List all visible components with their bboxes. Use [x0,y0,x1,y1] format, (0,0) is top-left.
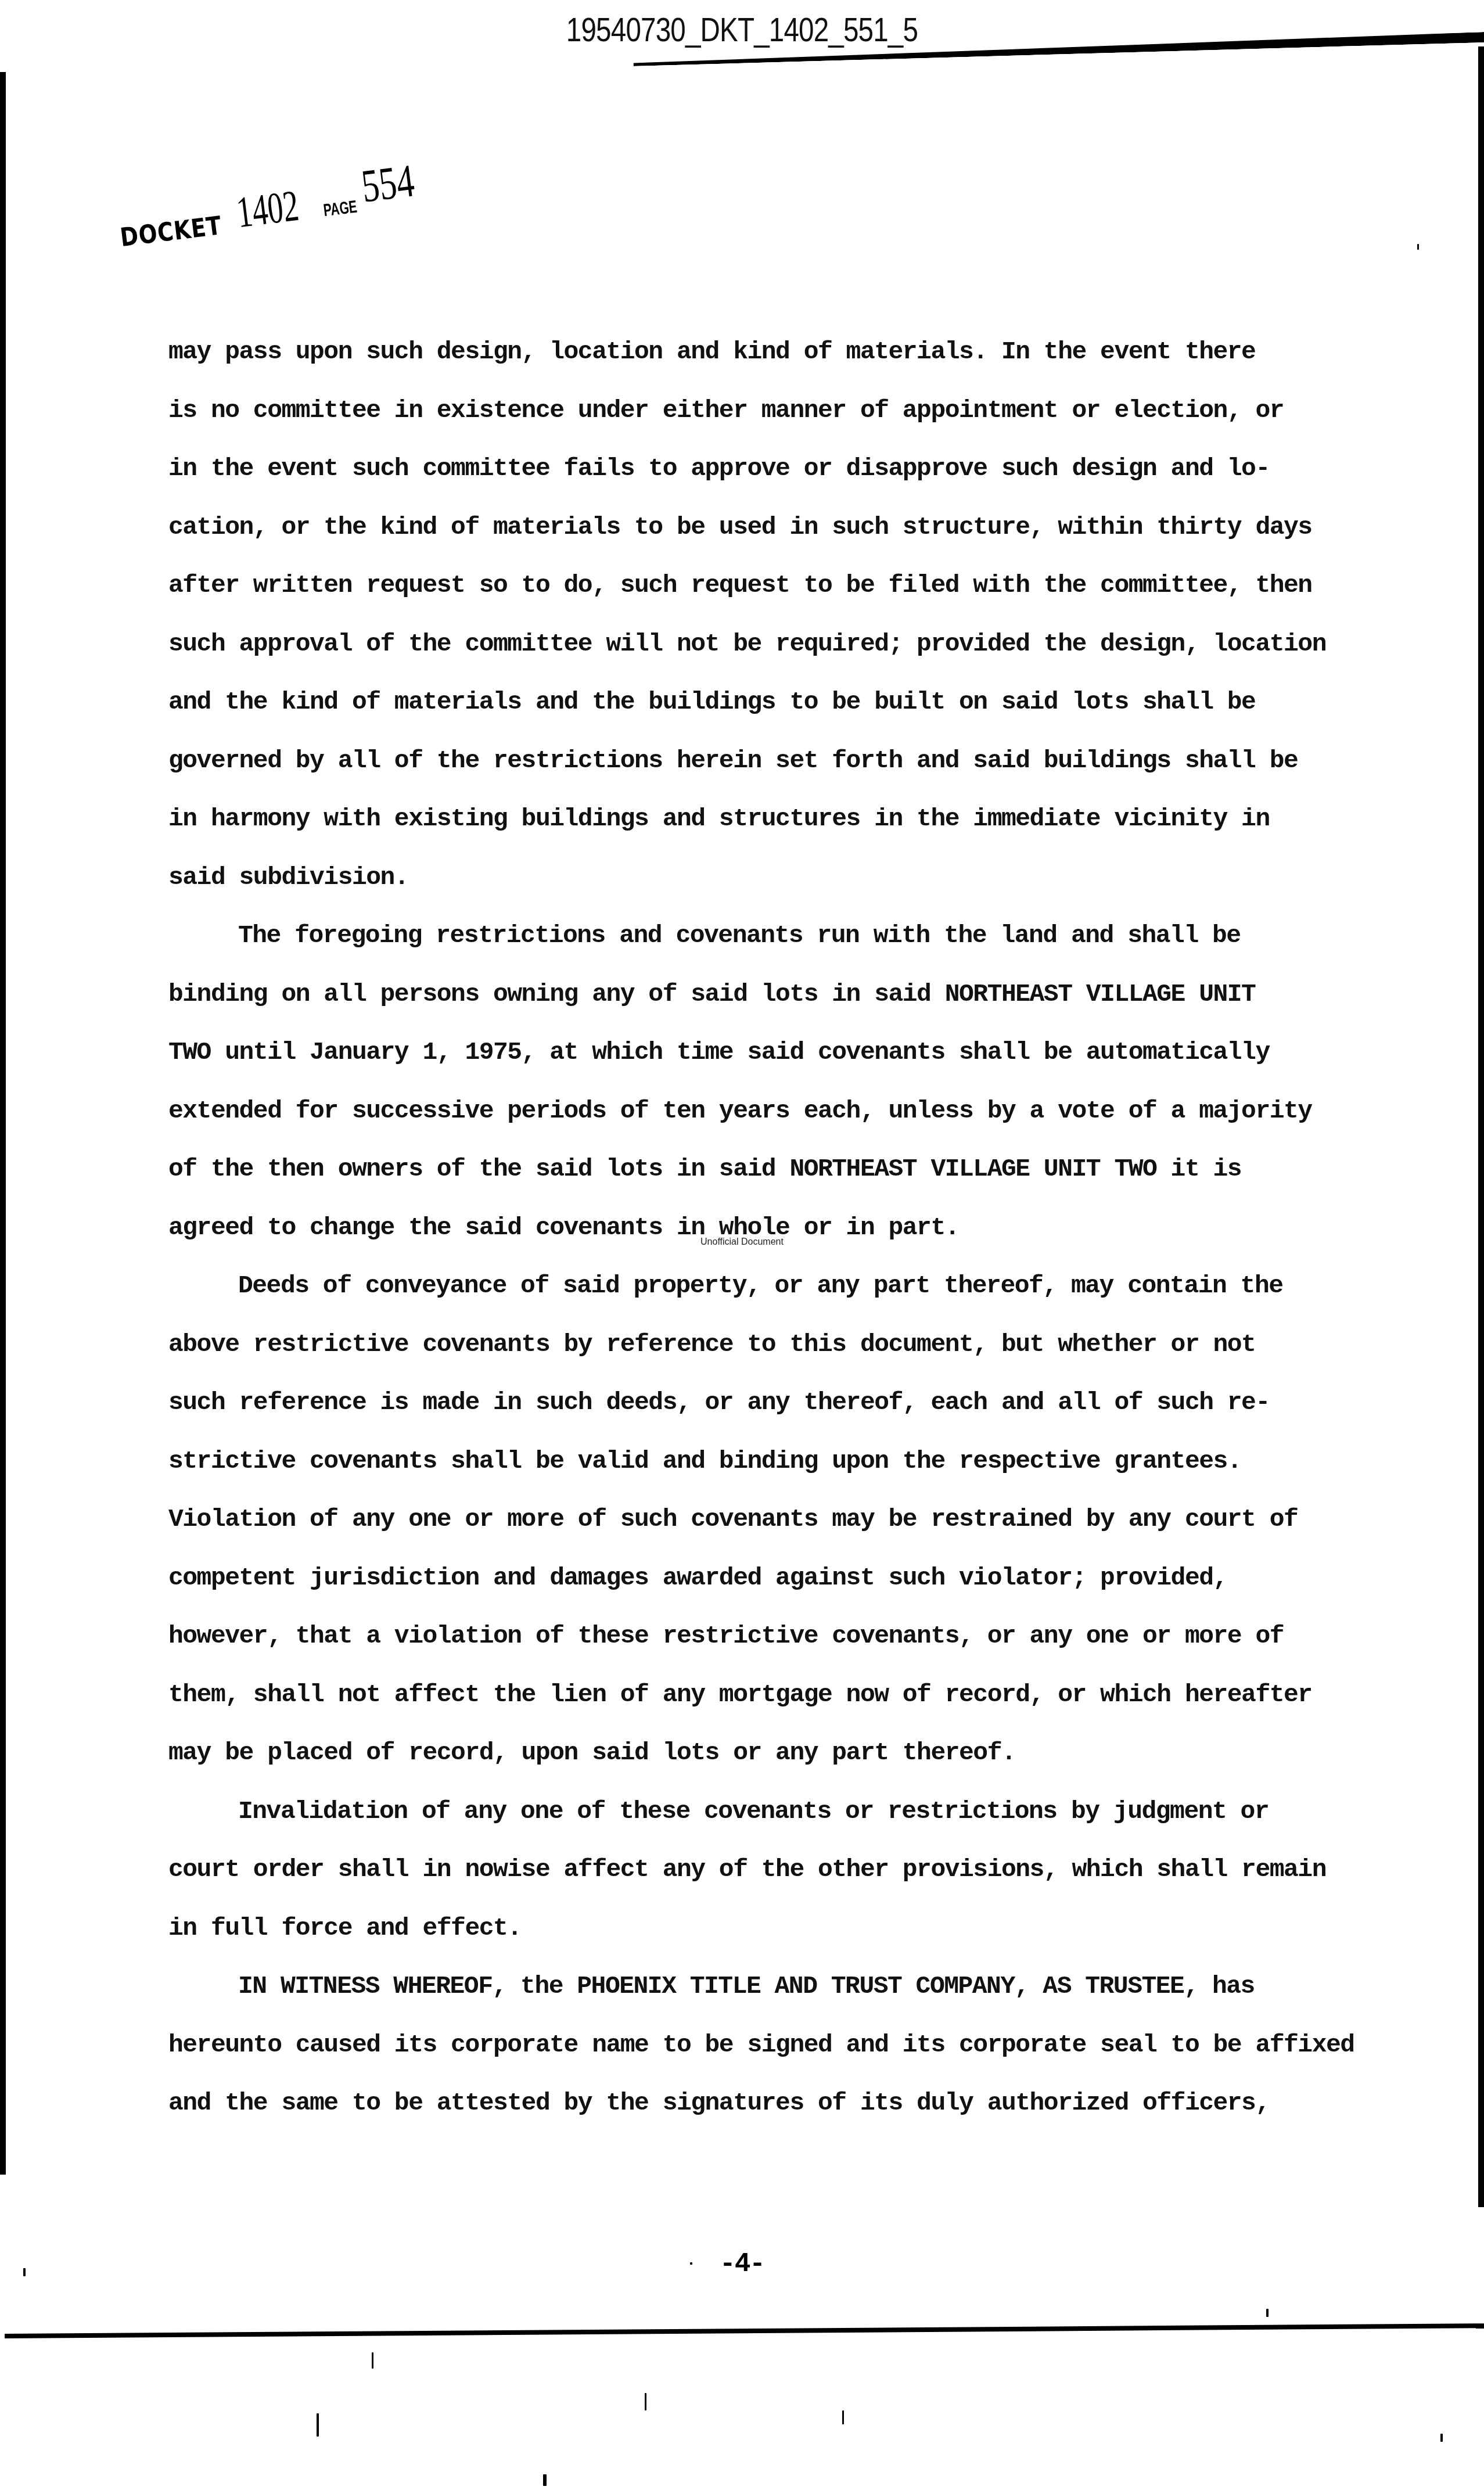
page-number: -4- [0,2249,1484,2279]
scan-speck [645,2393,646,2410]
text-line: above restrictive covenants by reference… [168,1316,1423,1374]
stamp-page-number: 554 [359,154,417,213]
text-line: extended for successive periods of ten y… [168,1082,1423,1141]
scan-speck [1417,244,1419,250]
scan-speck [690,2262,692,2265]
paragraph-invalidation: Invalidation of any one of these covenan… [168,1783,1423,1958]
text-line: court order shall in nowise affect any o… [168,1841,1423,1899]
text-line: hereunto caused its corporate name to be… [168,2016,1423,2075]
docket-label: DOCKET [118,211,223,253]
text-line: competent jurisdiction and damages award… [168,1549,1423,1608]
text-line: IN WITNESS WHEREOF, the PHOENIX TITLE AN… [168,1957,1423,2016]
text-line: agreed to change the said covenants in w… [168,1199,1423,1257]
docket-stamp: DOCKET 1402 PAGE 554 [106,153,436,254]
paragraph-witness-whereof: IN WITNESS WHEREOF, the PHOENIX TITLE AN… [168,1957,1423,2133]
text-line: cation, or the kind of materials to be u… [168,498,1423,557]
text-line: is no committee in existence under eithe… [168,382,1423,440]
text-line: Violation of any one or more of such cov… [168,1490,1423,1549]
scan-speck [317,2413,319,2437]
scan-border-left [0,72,6,2175]
text-line: of the then owners of the said lots in s… [168,1140,1423,1199]
text-line: in harmony with existing buildings and s… [168,790,1423,849]
scan-speck [1266,2309,1269,2317]
text-line: them, shall not affect the lien of any m… [168,1666,1423,1724]
text-line: may pass upon such design, location and … [168,323,1423,382]
text-line: and the kind of materials and the buildi… [168,673,1423,732]
text-line: Deeds of conveyance of said property, or… [168,1257,1423,1316]
text-line: after written request so to do, such req… [168,556,1423,615]
docket-number: 1402 [234,181,301,238]
text-line: strictive covenants shall be valid and b… [168,1432,1423,1491]
text-line: may be placed of record, upon said lots … [168,1724,1423,1783]
text-line: binding on all persons owning any of sai… [168,965,1423,1024]
scan-bottom-rule [5,2323,1484,2338]
scan-speck [1440,2434,1443,2442]
text-line: and the same to be attested by the signa… [168,2074,1423,2133]
paragraph-deeds-conveyance: Deeds of conveyance of said property, or… [168,1257,1423,1783]
text-line: such reference is made in such deeds, or… [168,1374,1423,1432]
paragraph-covenants-duration: The foregoing restrictions and covenants… [168,907,1423,1257]
text-line: in the event such committee fails to app… [168,440,1423,498]
unofficial-document-watermark: Unofficial Document [0,1237,1484,1248]
text-line: such approval of the committee will not … [168,615,1423,674]
scan-speck [372,2352,373,2369]
scan-speck [543,2474,547,2486]
document-header-id: 19540730_DKT_1402_551_5 [134,10,1350,49]
document-body: may pass upon such design, location and … [168,323,1423,2133]
text-line: TWO until January 1, 1975, at which time… [168,1023,1423,1082]
scan-speck [842,2410,844,2424]
text-line: The foregoing restrictions and covenants… [168,907,1423,965]
text-line: Invalidation of any one of these covenan… [168,1783,1423,1841]
scan-speck [23,2268,26,2276]
text-line: said subdivision. [168,849,1423,907]
paragraph-approval: may pass upon such design, location and … [168,323,1423,907]
page-label: PAGE [322,197,358,221]
text-line: however, that a violation of these restr… [168,1607,1423,1666]
text-line: in full force and effect. [168,1899,1423,1958]
scan-border-right [1478,46,1484,2207]
text-line: governed by all of the restrictions here… [168,732,1423,791]
